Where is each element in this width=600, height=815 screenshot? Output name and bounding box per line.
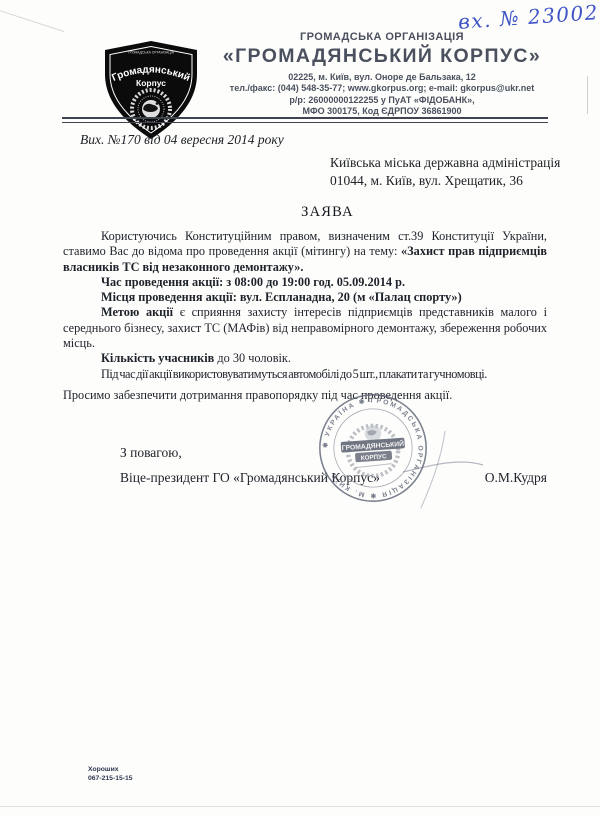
- org-round-stamp: ✱ УКРАЇНА ✱ ГРОМАДСЬКА ОРГАНІЗАЦІЯ ✱ М. …: [314, 390, 432, 511]
- outgoing-reference-line: Вих. №170 від 04 вересня 2014 року: [80, 132, 284, 148]
- paragraph-request: Просимо забезпечити дотримання правопоря…: [63, 388, 547, 403]
- logo-top-text: ГРОМАДСЬКА ОРГАНІЗАЦІЯ: [128, 51, 175, 55]
- executor-footer: Хороших 067-215-15-15: [88, 766, 133, 783]
- org-type-label: ГРОМАДСЬКА ОРГАНІЗАЦІЯ: [212, 31, 552, 43]
- org-address: 02225, м. Київ, вул. Оноре де Бальзака, …: [212, 72, 552, 83]
- stamp-icon: ✱ УКРАЇНА ✱ ГРОМАДСЬКА ОРГАНІЗАЦІЯ ✱ М. …: [314, 390, 432, 506]
- paragraph-intro: Користуючись Конституційним правом, визн…: [63, 229, 547, 275]
- paragraph-goal: Метою акції є сприяння захисту інтересів…: [63, 305, 547, 351]
- paragraph-time: Час проведення акції: з 08:00 до 19:00 г…: [63, 275, 547, 290]
- stamp-center-line2: КОРПУС: [361, 453, 388, 462]
- letter-body: Користуючись Конституційним правом, визн…: [63, 229, 547, 403]
- letterhead: ГРОМАДСЬКА ОРГАНІЗАЦІЯ «ГРОМАДЯНСЬКИЙ КО…: [212, 31, 552, 118]
- org-logo-shield: ГРОМАДСЬКА ОРГАНІЗАЦІЯ Громадянський Кор…: [99, 40, 203, 145]
- org-name-title: «ГРОМАДЯНСЬКИЙ КОРПУС»: [212, 45, 552, 68]
- scan-fold-line: [587, 76, 588, 114]
- document-title: ЗАЯВА: [0, 204, 600, 221]
- paragraph-equipment: Під час дії акції використовуватимуться …: [63, 367, 547, 382]
- org-codes: МФО 300175, Код ЄДРПОУ 36861900: [212, 106, 552, 117]
- scan-scratch-mark: [0, 9, 64, 32]
- addressee-block: Київська міська державна адміністрація 0…: [330, 154, 560, 189]
- addressee-name: Київська міська державна адміністрація: [330, 154, 560, 172]
- scan-edge-line: [0, 806, 600, 807]
- org-bank-account: р/р: 26000000122255 у ПуАТ «ФІДОБАНК»,: [212, 95, 552, 106]
- handwritten-entry-number: вх. № 23002: [457, 0, 599, 34]
- logo-name-line2: Корпус: [136, 78, 166, 88]
- signoff-salutation: З повагою,: [120, 445, 182, 461]
- executor-phone: 067-215-15-15: [88, 775, 133, 784]
- addressee-address: 01044, м. Київ, вул. Хрещатик, 36: [330, 172, 560, 190]
- letterhead-divider-rule: [62, 117, 548, 123]
- scanned-letter-page: вх. № 23002 ГРОМАДСЬКА ОРГАНІЗАЦІЯ Грома…: [0, 0, 600, 815]
- paragraph-place: Місця проведення акції: вул. Еспланадна,…: [63, 290, 547, 305]
- org-contacts: тел./факс: (044) 548-35-77; www.gkorpus.…: [212, 83, 552, 94]
- shield-icon: ГРОМАДСЬКА ОРГАНІЗАЦІЯ Громадянський Кор…: [99, 40, 203, 140]
- paragraph-participants: Кількість учасників до 30 чоловік.: [63, 351, 547, 366]
- executor-name: Хороших: [88, 766, 133, 775]
